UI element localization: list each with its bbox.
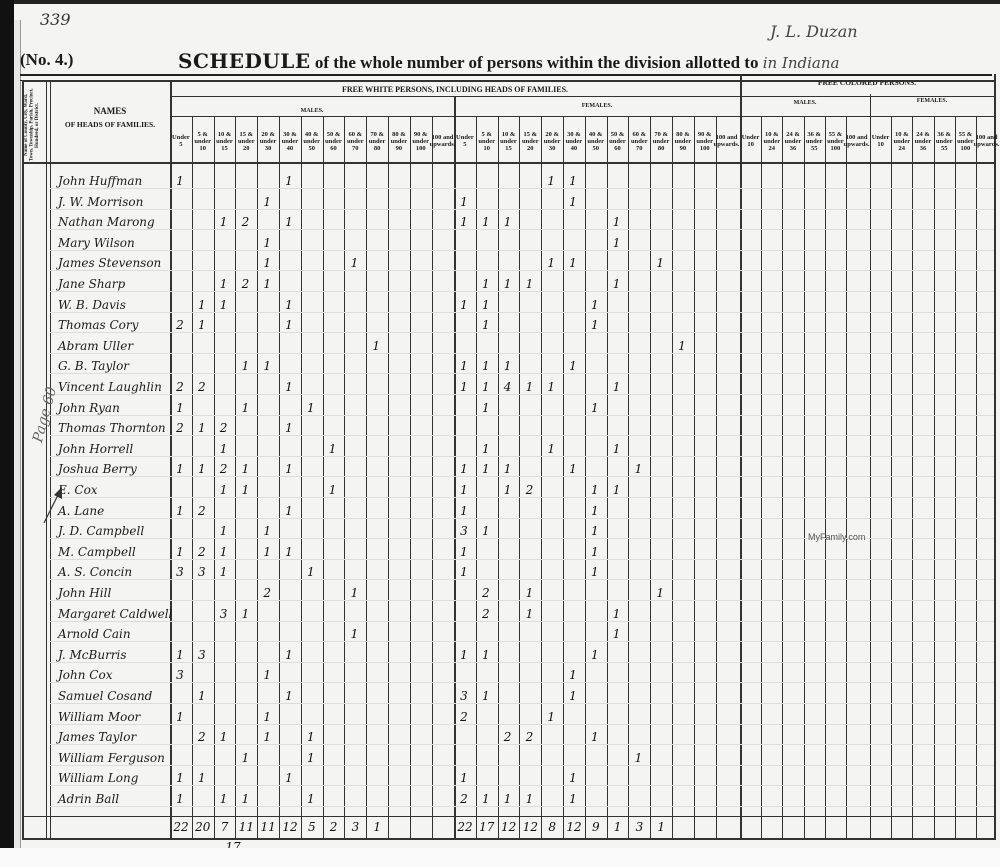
row-guide	[50, 373, 994, 374]
white-male-count: 1	[214, 298, 234, 312]
white-female-total: 22	[454, 820, 476, 834]
head-of-family-name: M. Campbell	[58, 545, 136, 559]
column-rule	[782, 116, 783, 840]
row-guide	[50, 456, 994, 457]
title-rest: of the whole number of persons within th…	[315, 53, 759, 72]
enumerator-signature: J. L. Duzan	[770, 22, 858, 41]
white-male-count: 3	[192, 565, 212, 579]
colored-male-age-header: 24 & under 36	[782, 120, 803, 162]
row-guide	[50, 415, 994, 416]
head-of-family-name: Abram Uller	[58, 339, 133, 353]
row-guide	[50, 332, 994, 333]
row-guide	[50, 806, 994, 807]
white-male-count: 1	[235, 462, 255, 476]
head-of-family-name: Nathan Marong	[58, 215, 155, 229]
white-male-count: 1	[257, 730, 277, 744]
colored-male-age-header: 36 & under 55	[804, 120, 825, 162]
white-female-count: 1	[585, 504, 605, 518]
white-male-count: 1	[344, 627, 364, 641]
row-guide	[50, 188, 994, 189]
white-male-count: 1	[214, 730, 234, 744]
white-male-total: 11	[235, 820, 257, 834]
white-male-age-header: 40 & under 50	[301, 120, 323, 162]
white-female-count: 1	[476, 462, 496, 476]
row-guide	[50, 785, 994, 786]
colored-male-age-header: 10 & under 24	[761, 120, 782, 162]
row-guide	[50, 703, 994, 704]
white-female-count: 1	[607, 627, 627, 641]
head-of-family-name: William Moor	[58, 710, 140, 724]
column-rule	[323, 116, 324, 840]
white-male-age-header: 90 & under 100	[410, 120, 432, 162]
colored-female-age-header: 10 & under 24	[891, 120, 912, 162]
white-female-count: 1	[628, 751, 648, 765]
row-guide	[50, 435, 994, 436]
head-of-family-name: James Taylor	[58, 730, 136, 744]
white-female-count: 1	[541, 442, 561, 456]
white-female-count: 2	[476, 607, 496, 621]
column-rule	[804, 116, 805, 840]
head-of-family-name: A. S. Concin	[58, 565, 132, 579]
column-rule	[46, 80, 47, 840]
white-male-count: 1	[279, 380, 299, 394]
white-male-age-header: 20 & under 30	[257, 120, 279, 162]
column-rule	[934, 116, 935, 840]
white-female-count: 1	[585, 483, 605, 497]
row-rule	[22, 80, 994, 82]
head-of-family-name: William Long	[58, 771, 138, 785]
head-of-family-name: J. McBurris	[58, 648, 127, 662]
head-of-family-name: Adrin Ball	[58, 792, 119, 806]
white-male-count: 1	[279, 462, 299, 476]
white-female-count: 1	[476, 277, 496, 291]
white-male-count: 2	[257, 586, 277, 600]
white-female-age-header: 30 & under 40	[563, 120, 585, 162]
row-guide	[50, 621, 994, 622]
white-female-count: 1	[476, 380, 496, 394]
white-male-count: 1	[170, 462, 190, 476]
white-female-count: 1	[454, 215, 474, 229]
white-male-count: 2	[170, 380, 190, 394]
white-male-count: 2	[235, 277, 255, 291]
column-rule	[628, 116, 629, 840]
white-female-total: 12	[498, 820, 520, 834]
white-female-count: 1	[476, 792, 496, 806]
white-male-count: 1	[214, 565, 234, 579]
white-male-count: 1	[170, 545, 190, 559]
white-female-age-header: 90 & under 100	[694, 120, 716, 162]
head-of-family-name: W. B. Davis	[58, 298, 126, 312]
white-female-count: 2	[519, 730, 539, 744]
colored-female-age-header: 24 & under 36	[912, 120, 933, 162]
white-female-count: 1	[519, 586, 539, 600]
row-guide	[50, 724, 994, 725]
white-male-count: 1	[257, 545, 277, 559]
white-male-age-header: 50 & under 60	[323, 120, 345, 162]
row-guide	[50, 682, 994, 683]
free-white-header: FREE WHITE PERSONS, INCLUDING HEADS OF F…	[170, 85, 740, 94]
head-of-family-name: G. B. Taylor	[58, 359, 129, 373]
white-female-count: 1	[476, 689, 496, 703]
head-of-family-name: John Hill	[58, 586, 111, 600]
colored-male-age-header: 100 and upwards.	[846, 120, 867, 162]
row-guide	[50, 291, 994, 292]
column-rule	[366, 116, 367, 840]
row-rule	[170, 96, 994, 97]
white-female-age-header: 20 & under 30	[541, 120, 563, 162]
white-male-count: 1	[279, 689, 299, 703]
white-female-count: 1	[476, 442, 496, 456]
white-female-count: 2	[476, 586, 496, 600]
white-male-count: 2	[192, 545, 212, 559]
white-female-count: 1	[585, 401, 605, 415]
white-female-count: 1	[585, 524, 605, 538]
white-female-count: 1	[650, 256, 670, 270]
white-female-count: 1	[519, 607, 539, 621]
white-female-count: 1	[585, 298, 605, 312]
white-female-count: 1	[563, 359, 583, 373]
colored-males-header: MALES.	[740, 100, 870, 106]
white-male-count: 1	[344, 256, 364, 270]
column-rule	[170, 80, 172, 840]
row-rule	[22, 162, 994, 164]
white-female-count: 1	[607, 607, 627, 621]
names-header: NAMES	[50, 106, 170, 116]
head-of-family-name: J. W. Morrison	[58, 195, 143, 209]
white-female-count: 1	[498, 483, 518, 497]
white-female-count: 1	[476, 648, 496, 662]
white-female-count: 2	[454, 792, 474, 806]
white-male-count: 3	[214, 607, 234, 621]
white-female-count: 1	[476, 359, 496, 373]
white-female-count: 1	[672, 339, 692, 353]
white-female-count: 1	[476, 401, 496, 415]
head-of-family-name: John Ryan	[58, 401, 120, 415]
white-male-count: 1	[192, 689, 212, 703]
white-male-count: 1	[279, 174, 299, 188]
white-female-count: 1	[454, 648, 474, 662]
colored-female-age-header: 36 & under 55	[934, 120, 955, 162]
white-male-count: 1	[279, 298, 299, 312]
row-guide	[50, 394, 994, 395]
white-male-count: 1	[170, 648, 190, 662]
row-guide	[50, 353, 994, 354]
white-female-count: 1	[607, 483, 627, 497]
white-female-age-header: 60 & under 70	[628, 120, 650, 162]
white-male-total: 12	[279, 820, 301, 834]
scan-bottom-edge	[0, 848, 1000, 867]
white-female-age-header: 40 & under 50	[585, 120, 607, 162]
white-female-age-header: Under 5	[454, 120, 476, 162]
white-male-count: 3	[170, 668, 190, 682]
row-guide	[50, 579, 994, 580]
white-male-count: 1	[235, 483, 255, 497]
white-female-total: 1	[650, 820, 672, 834]
column-rule	[694, 116, 695, 840]
column-rule	[912, 116, 913, 840]
white-male-count: 2	[192, 504, 212, 518]
head-of-family-name: Mary Wilson	[58, 236, 135, 250]
white-female-total: 8	[541, 820, 563, 834]
white-female-count: 1	[607, 442, 627, 456]
white-female-age-header: 15 & under 20	[519, 120, 541, 162]
white-female-age-header: 10 & under 15	[498, 120, 520, 162]
white-female-count: 4	[498, 380, 518, 394]
white-female-count: 1	[585, 648, 605, 662]
place-column-header: Name of County, City, Ward, Town, Townsh…	[24, 88, 44, 162]
white-male-total: 20	[192, 820, 214, 834]
white-female-count: 1	[541, 380, 561, 394]
white-female-count: 1	[541, 710, 561, 724]
white-female-count: 2	[498, 730, 518, 744]
column-rule	[955, 116, 956, 840]
white-male-count: 1	[214, 524, 234, 538]
head-of-family-name: Jane Sharp	[58, 277, 125, 291]
watermark: MyFamily.com	[808, 532, 865, 542]
colored-females-header: FEMALES.	[870, 98, 994, 104]
white-male-age-header: 15 & under 20	[235, 120, 257, 162]
white-male-total: 1	[366, 820, 388, 834]
white-male-age-header: 30 & under 40	[279, 120, 301, 162]
white-male-count: 2	[170, 318, 190, 332]
white-female-age-header: 100 and upwards.	[716, 120, 738, 162]
white-female-age-header: 50 & under 60	[607, 120, 629, 162]
white-female-count: 1	[563, 195, 583, 209]
white-male-count: 2	[214, 421, 234, 435]
white-female-count: 1	[563, 462, 583, 476]
head-of-family-name: J. D. Campbell	[58, 524, 144, 538]
white-male-count: 1	[279, 421, 299, 435]
white-male-count: 1	[257, 359, 277, 373]
column-rule	[976, 116, 977, 840]
white-female-count: 1	[563, 256, 583, 270]
head-of-family-name: Arnold Cain	[58, 627, 131, 641]
white-male-count: 1	[170, 401, 190, 415]
white-male-count: 1	[366, 339, 386, 353]
column-rule	[388, 116, 389, 840]
column-rule	[716, 116, 717, 840]
head-of-family-name: James Stevenson	[58, 256, 161, 270]
white-female-count: 3	[454, 689, 474, 703]
white-male-count: 1	[257, 710, 277, 724]
white-male-age-header: 5 & under 10	[192, 120, 214, 162]
white-male-count: 2	[192, 730, 212, 744]
white-male-count: 1	[257, 236, 277, 250]
white-female-count: 1	[519, 277, 539, 291]
white-male-count: 1	[301, 401, 321, 415]
white-female-count: 2	[519, 483, 539, 497]
white-female-age-header: 80 & under 90	[672, 120, 694, 162]
white-female-count: 1	[563, 792, 583, 806]
white-female-count: 1	[476, 298, 496, 312]
column-rule	[50, 80, 51, 840]
white-male-age-header: 70 & under 80	[366, 120, 388, 162]
row-rule	[170, 116, 994, 117]
head-of-family-name: Thomas Cory	[58, 318, 138, 332]
white-female-count: 2	[454, 710, 474, 724]
white-female-count: 1	[585, 318, 605, 332]
white-male-total: 22	[170, 820, 192, 834]
white-female-count: 1	[585, 545, 605, 559]
column-rule	[22, 80, 24, 840]
white-male-age-header: 80 & under 90	[388, 120, 410, 162]
head-of-family-name: John Huffman	[58, 174, 142, 188]
row-rule	[22, 838, 994, 840]
colored-female-age-header: 100 and upwards.	[976, 120, 997, 162]
white-male-count: 1	[214, 792, 234, 806]
white-female-count: 1	[563, 668, 583, 682]
white-male-count: 1	[235, 607, 255, 621]
white-male-count: 1	[170, 174, 190, 188]
white-female-count: 1	[519, 792, 539, 806]
white-female-count: 1	[607, 236, 627, 250]
white-male-count: 2	[235, 215, 255, 229]
scan-binding-edge	[0, 0, 14, 867]
title-bold: SCHEDULE	[178, 49, 311, 73]
head-of-family-name: Vincent Laughlin	[58, 380, 162, 394]
row-guide	[50, 559, 994, 560]
white-female-count: 1	[607, 380, 627, 394]
white-female-count: 1	[454, 298, 474, 312]
white-male-count: 1	[279, 545, 299, 559]
white-male-count: 1	[170, 792, 190, 806]
white-male-count: 1	[192, 771, 212, 785]
column-rule	[563, 116, 564, 840]
white-female-count: 1	[476, 215, 496, 229]
white-female-count: 1	[454, 565, 474, 579]
white-male-total: 5	[301, 820, 323, 834]
white-female-count: 1	[585, 730, 605, 744]
white-female-total: 1	[607, 820, 629, 834]
head-of-family-name: Thomas Thornton	[58, 421, 166, 435]
white-female-count: 1	[607, 215, 627, 229]
white-male-count: 2	[192, 380, 212, 394]
white-male-count: 1	[344, 586, 364, 600]
white-male-count: 1	[301, 565, 321, 579]
white-male-count: 3	[192, 648, 212, 662]
colored-female-age-header: Under 10	[870, 120, 891, 162]
white-female-age-header: 5 & under 10	[476, 120, 498, 162]
head-of-family-name: John Horrell	[58, 442, 133, 456]
white-male-count: 1	[257, 277, 277, 291]
white-male-count: 1	[170, 710, 190, 724]
white-male-total: 7	[214, 820, 236, 834]
white-male-count: 1	[214, 545, 234, 559]
white-female-count: 1	[454, 504, 474, 518]
white-female-total: 9	[585, 820, 607, 834]
column-rule	[870, 94, 871, 840]
white-male-count: 1	[170, 771, 190, 785]
white-female-count: 1	[454, 195, 474, 209]
white-male-count: 1	[301, 730, 321, 744]
white-male-age-header: Under 5	[170, 120, 192, 162]
white-male-age-header: 10 & under 15	[214, 120, 236, 162]
white-female-count: 1	[454, 483, 474, 497]
column-rule	[432, 116, 433, 840]
white-male-count: 1	[279, 504, 299, 518]
column-rule	[761, 116, 762, 840]
white-male-count: 1	[279, 648, 299, 662]
white-male-count: 2	[214, 462, 234, 476]
title-handwritten: in Indiana	[763, 54, 840, 72]
white-female-count: 1	[563, 771, 583, 785]
white-female-count: 1	[607, 277, 627, 291]
colored-male-age-header: Under 10	[740, 120, 761, 162]
arrow-icon	[42, 485, 66, 525]
white-male-count: 1	[257, 524, 277, 538]
white-male-count: 1	[301, 751, 321, 765]
white-male-count: 1	[279, 318, 299, 332]
white-females-header: FEMALES.	[454, 103, 740, 109]
white-female-count: 1	[454, 462, 474, 476]
row-guide	[50, 765, 994, 766]
row-guide	[50, 312, 994, 313]
white-female-count: 1	[541, 174, 561, 188]
row-guide	[50, 270, 994, 271]
white-female-count: 1	[563, 174, 583, 188]
white-male-count: 1	[279, 771, 299, 785]
white-female-count: 1	[563, 689, 583, 703]
white-female-count: 1	[498, 359, 518, 373]
schedule-title: SCHEDULE of the whole number of persons …	[178, 49, 839, 73]
row-guide	[50, 250, 994, 251]
row-guide	[50, 518, 994, 519]
white-male-age-header: 100 and upwards.	[432, 120, 454, 162]
white-male-count: 1	[235, 359, 255, 373]
white-female-count: 1	[476, 524, 496, 538]
white-male-count: 1	[192, 298, 212, 312]
row-guide	[50, 600, 994, 601]
page-margin	[14, 20, 21, 850]
column-rule	[846, 116, 847, 840]
census-table: Name of County, City, Ward, Town, Townsh…	[22, 80, 994, 840]
row-guide	[50, 641, 994, 642]
white-female-count: 1	[585, 565, 605, 579]
column-rule	[410, 116, 411, 840]
white-male-count: 1	[279, 215, 299, 229]
white-male-count: 1	[170, 504, 190, 518]
column-rule	[344, 116, 345, 840]
white-male-total: 11	[257, 820, 279, 834]
white-female-count: 1	[498, 462, 518, 476]
white-female-total: 12	[563, 820, 585, 834]
white-male-count: 1	[235, 401, 255, 415]
white-male-count: 1	[323, 442, 343, 456]
white-female-count: 1	[498, 215, 518, 229]
row-guide	[50, 209, 994, 210]
white-male-count: 1	[301, 792, 321, 806]
head-of-family-name: Joshua Berry	[58, 462, 137, 476]
white-males-header: MALES.	[170, 108, 454, 114]
column-rule	[891, 116, 892, 840]
white-male-count: 1	[192, 421, 212, 435]
column-rule	[994, 74, 996, 840]
white-female-count: 1	[454, 359, 474, 373]
white-male-total: 2	[323, 820, 345, 834]
white-male-count: 1	[214, 483, 234, 497]
column-rule	[541, 116, 542, 840]
white-male-count: 1	[235, 792, 255, 806]
row-guide	[50, 476, 994, 477]
head-of-family-name: John Cox	[58, 668, 112, 682]
head-of-family-name: Samuel Cosand	[58, 689, 152, 703]
white-female-count: 1	[519, 380, 539, 394]
white-male-count: 1	[214, 215, 234, 229]
row-guide	[50, 229, 994, 230]
white-male-count: 1	[257, 668, 277, 682]
stamped-page-number: 339	[40, 10, 71, 29]
white-female-count: 1	[650, 586, 670, 600]
